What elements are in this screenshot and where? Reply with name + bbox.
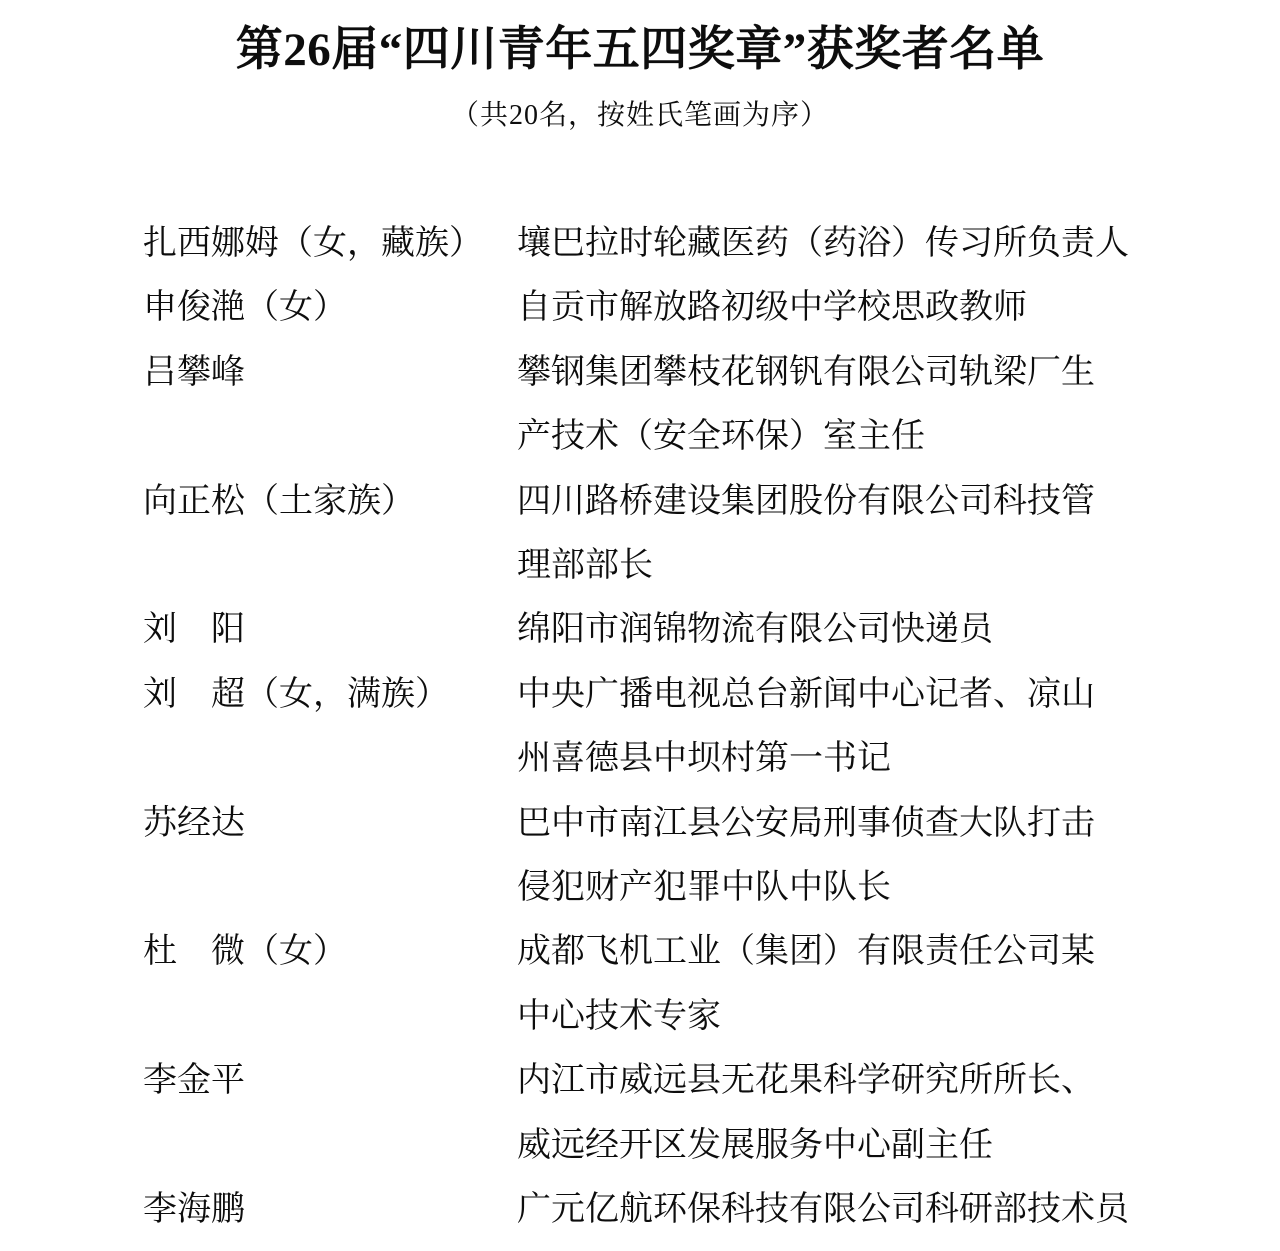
winner-position: 攀钢集团攀枝花钢钒有限公司轨梁厂生 产技术（安全环保）室主任: [517, 341, 1280, 470]
winner-position: 成都飞机工业（集团）有限责任公司某 中心技术专家: [517, 920, 1280, 1049]
winner-entry: 李海鹏 广元亿航环保科技有限公司科研部技术员: [143, 1178, 1280, 1242]
winner-position: 中央广播电视总台新闻中心记者、凉山 州喜德县中坝村第一书记: [517, 663, 1280, 792]
winner-position: 内江市威远县无花果科学研究所所长、 威远经开区发展服务中心副主任: [517, 1049, 1280, 1178]
winner-entry: 刘 超（女，满族） 中央广播电视总台新闻中心记者、凉山 州喜德县中坝村第一书记: [143, 663, 1280, 792]
winner-name: 刘 阳: [143, 598, 517, 662]
winner-position: 壤巴拉时轮藏医药（药浴）传习所负责人: [517, 212, 1280, 276]
winner-entry: 苏经达 巴中市南江县公安局刑事侦查大队打击 侵犯财产犯罪中队中队长: [143, 792, 1280, 921]
winner-name: 向正松（土家族）: [143, 470, 517, 534]
winner-position-line: 绵阳市润锦物流有限公司快递员: [517, 598, 1280, 662]
winner-entry: 申俊滟（女） 自贡市解放路初级中学校思政教师: [143, 276, 1280, 340]
winner-position-line: 广元亿航环保科技有限公司科研部技术员: [517, 1178, 1280, 1242]
winner-name: 李金平: [143, 1049, 517, 1113]
document-page: 第26届“四川青年五四奖章”获奖者名单 （共20名，按姓氏笔画为序） 扎西娜姆（…: [0, 0, 1280, 1251]
winner-position-line: 成都飞机工业（集团）有限责任公司某: [517, 920, 1280, 984]
winners-list: 扎西娜姆（女，藏族） 壤巴拉时轮藏医药（药浴）传习所负责人 申俊滟（女） 自贡市…: [0, 212, 1280, 1243]
winner-position-line: 巴中市南江县公安局刑事侦查大队打击: [517, 792, 1280, 856]
winner-name: 刘 超（女，满族）: [143, 663, 517, 727]
winner-position: 巴中市南江县公安局刑事侦查大队打击 侵犯财产犯罪中队中队长: [517, 792, 1280, 921]
winner-position-line: 理部部长: [517, 534, 1280, 598]
winner-position: 四川路桥建设集团股份有限公司科技管 理部部长: [517, 470, 1280, 599]
winner-position-line: 内江市威远县无花果科学研究所所长、: [517, 1049, 1280, 1113]
winner-position-line: 州喜德县中坝村第一书记: [517, 727, 1280, 791]
winner-position: 绵阳市润锦物流有限公司快递员: [517, 598, 1280, 662]
winner-position-line: 自贡市解放路初级中学校思政教师: [517, 276, 1280, 340]
winner-position-line: 壤巴拉时轮藏医药（药浴）传习所负责人: [517, 212, 1280, 276]
winner-position-line: 中心技术专家: [517, 985, 1280, 1049]
winner-entry: 杜 微（女） 成都飞机工业（集团）有限责任公司某 中心技术专家: [143, 920, 1280, 1049]
document-subtitle: （共20名，按姓氏笔画为序）: [0, 98, 1280, 134]
winner-position-line: 产技术（安全环保）室主任: [517, 405, 1280, 469]
winner-name: 吕攀峰: [143, 341, 517, 405]
winner-entry: 扎西娜姆（女，藏族） 壤巴拉时轮藏医药（药浴）传习所负责人: [143, 212, 1280, 276]
winner-entry: 李金平 内江市威远县无花果科学研究所所长、 威远经开区发展服务中心副主任: [143, 1049, 1280, 1178]
winner-position-line: 四川路桥建设集团股份有限公司科技管: [517, 470, 1280, 534]
winner-entry: 吕攀峰 攀钢集团攀枝花钢钒有限公司轨梁厂生 产技术（安全环保）室主任: [143, 341, 1280, 470]
winner-entry: 刘 阳 绵阳市润锦物流有限公司快递员: [143, 598, 1280, 662]
winner-position-line: 威远经开区发展服务中心副主任: [517, 1114, 1280, 1178]
winner-position-line: 侵犯财产犯罪中队中队长: [517, 856, 1280, 920]
winner-name: 申俊滟（女）: [143, 276, 517, 340]
winner-position: 广元亿航环保科技有限公司科研部技术员: [517, 1178, 1280, 1242]
winner-name: 苏经达: [143, 792, 517, 856]
winner-position-line: 中央广播电视总台新闻中心记者、凉山: [517, 663, 1280, 727]
winner-position: 自贡市解放路初级中学校思政教师: [517, 276, 1280, 340]
winner-name: 扎西娜姆（女，藏族）: [143, 212, 517, 276]
document-title: 第26届“四川青年五四奖章”获奖者名单: [0, 22, 1280, 78]
winner-entry: 向正松（土家族） 四川路桥建设集团股份有限公司科技管 理部部长: [143, 470, 1280, 599]
winner-name: 李海鹏: [143, 1178, 517, 1242]
winner-position-line: 攀钢集团攀枝花钢钒有限公司轨梁厂生: [517, 341, 1280, 405]
winner-name: 杜 微（女）: [143, 920, 517, 984]
